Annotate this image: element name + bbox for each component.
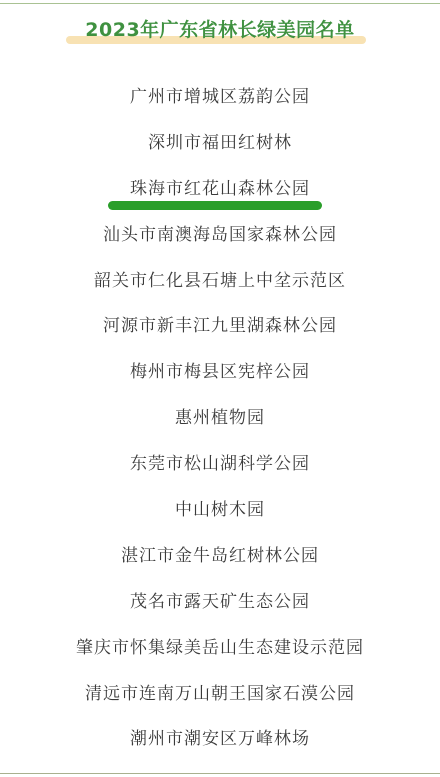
list-item: 茂名市露天矿生态公园 xyxy=(0,587,440,633)
list-item: 惠州植物园 xyxy=(0,403,440,449)
garden-list: 广州市增城区荔韵公园 深圳市福田红树林 珠海市红花山森林公园 汕头市南澳海岛国家… xyxy=(0,82,440,770)
list-item: 中山树木园 xyxy=(0,495,440,541)
list-item: 梅州市梅县区宪梓公园 xyxy=(0,357,440,403)
bottom-divider xyxy=(0,773,440,774)
list-item: 汕头市南澳海岛国家森林公园 xyxy=(0,220,440,266)
list-item: 河源市新丰江九里湖森林公园 xyxy=(0,311,440,357)
list-item: 潮州市潮安区万峰林场 xyxy=(0,724,440,770)
list-item: 肇庆市怀集绿美岳山生态建设示范园 xyxy=(0,633,440,679)
list-item: 清远市连南万山朝王国家石漠公园 xyxy=(0,679,440,725)
list-item: 韶关市仁化县石塘上中坌示范区 xyxy=(0,266,440,312)
list-item: 深圳市福田红树林 xyxy=(0,128,440,174)
top-divider xyxy=(0,3,440,4)
list-item: 湛江市金牛岛红树林公园 xyxy=(0,541,440,587)
list-item: 东莞市松山湖科学公园 xyxy=(0,449,440,495)
title-section: 2023年广东省林长绿美园名单 xyxy=(0,12,440,48)
list-item: 广州市增城区荔韵公园 xyxy=(0,82,440,128)
page-title: 2023年广东省林长绿美园名单 xyxy=(85,12,354,48)
highlight-underline xyxy=(108,201,322,210)
list-item-highlighted: 珠海市红花山森林公园 xyxy=(0,174,440,220)
